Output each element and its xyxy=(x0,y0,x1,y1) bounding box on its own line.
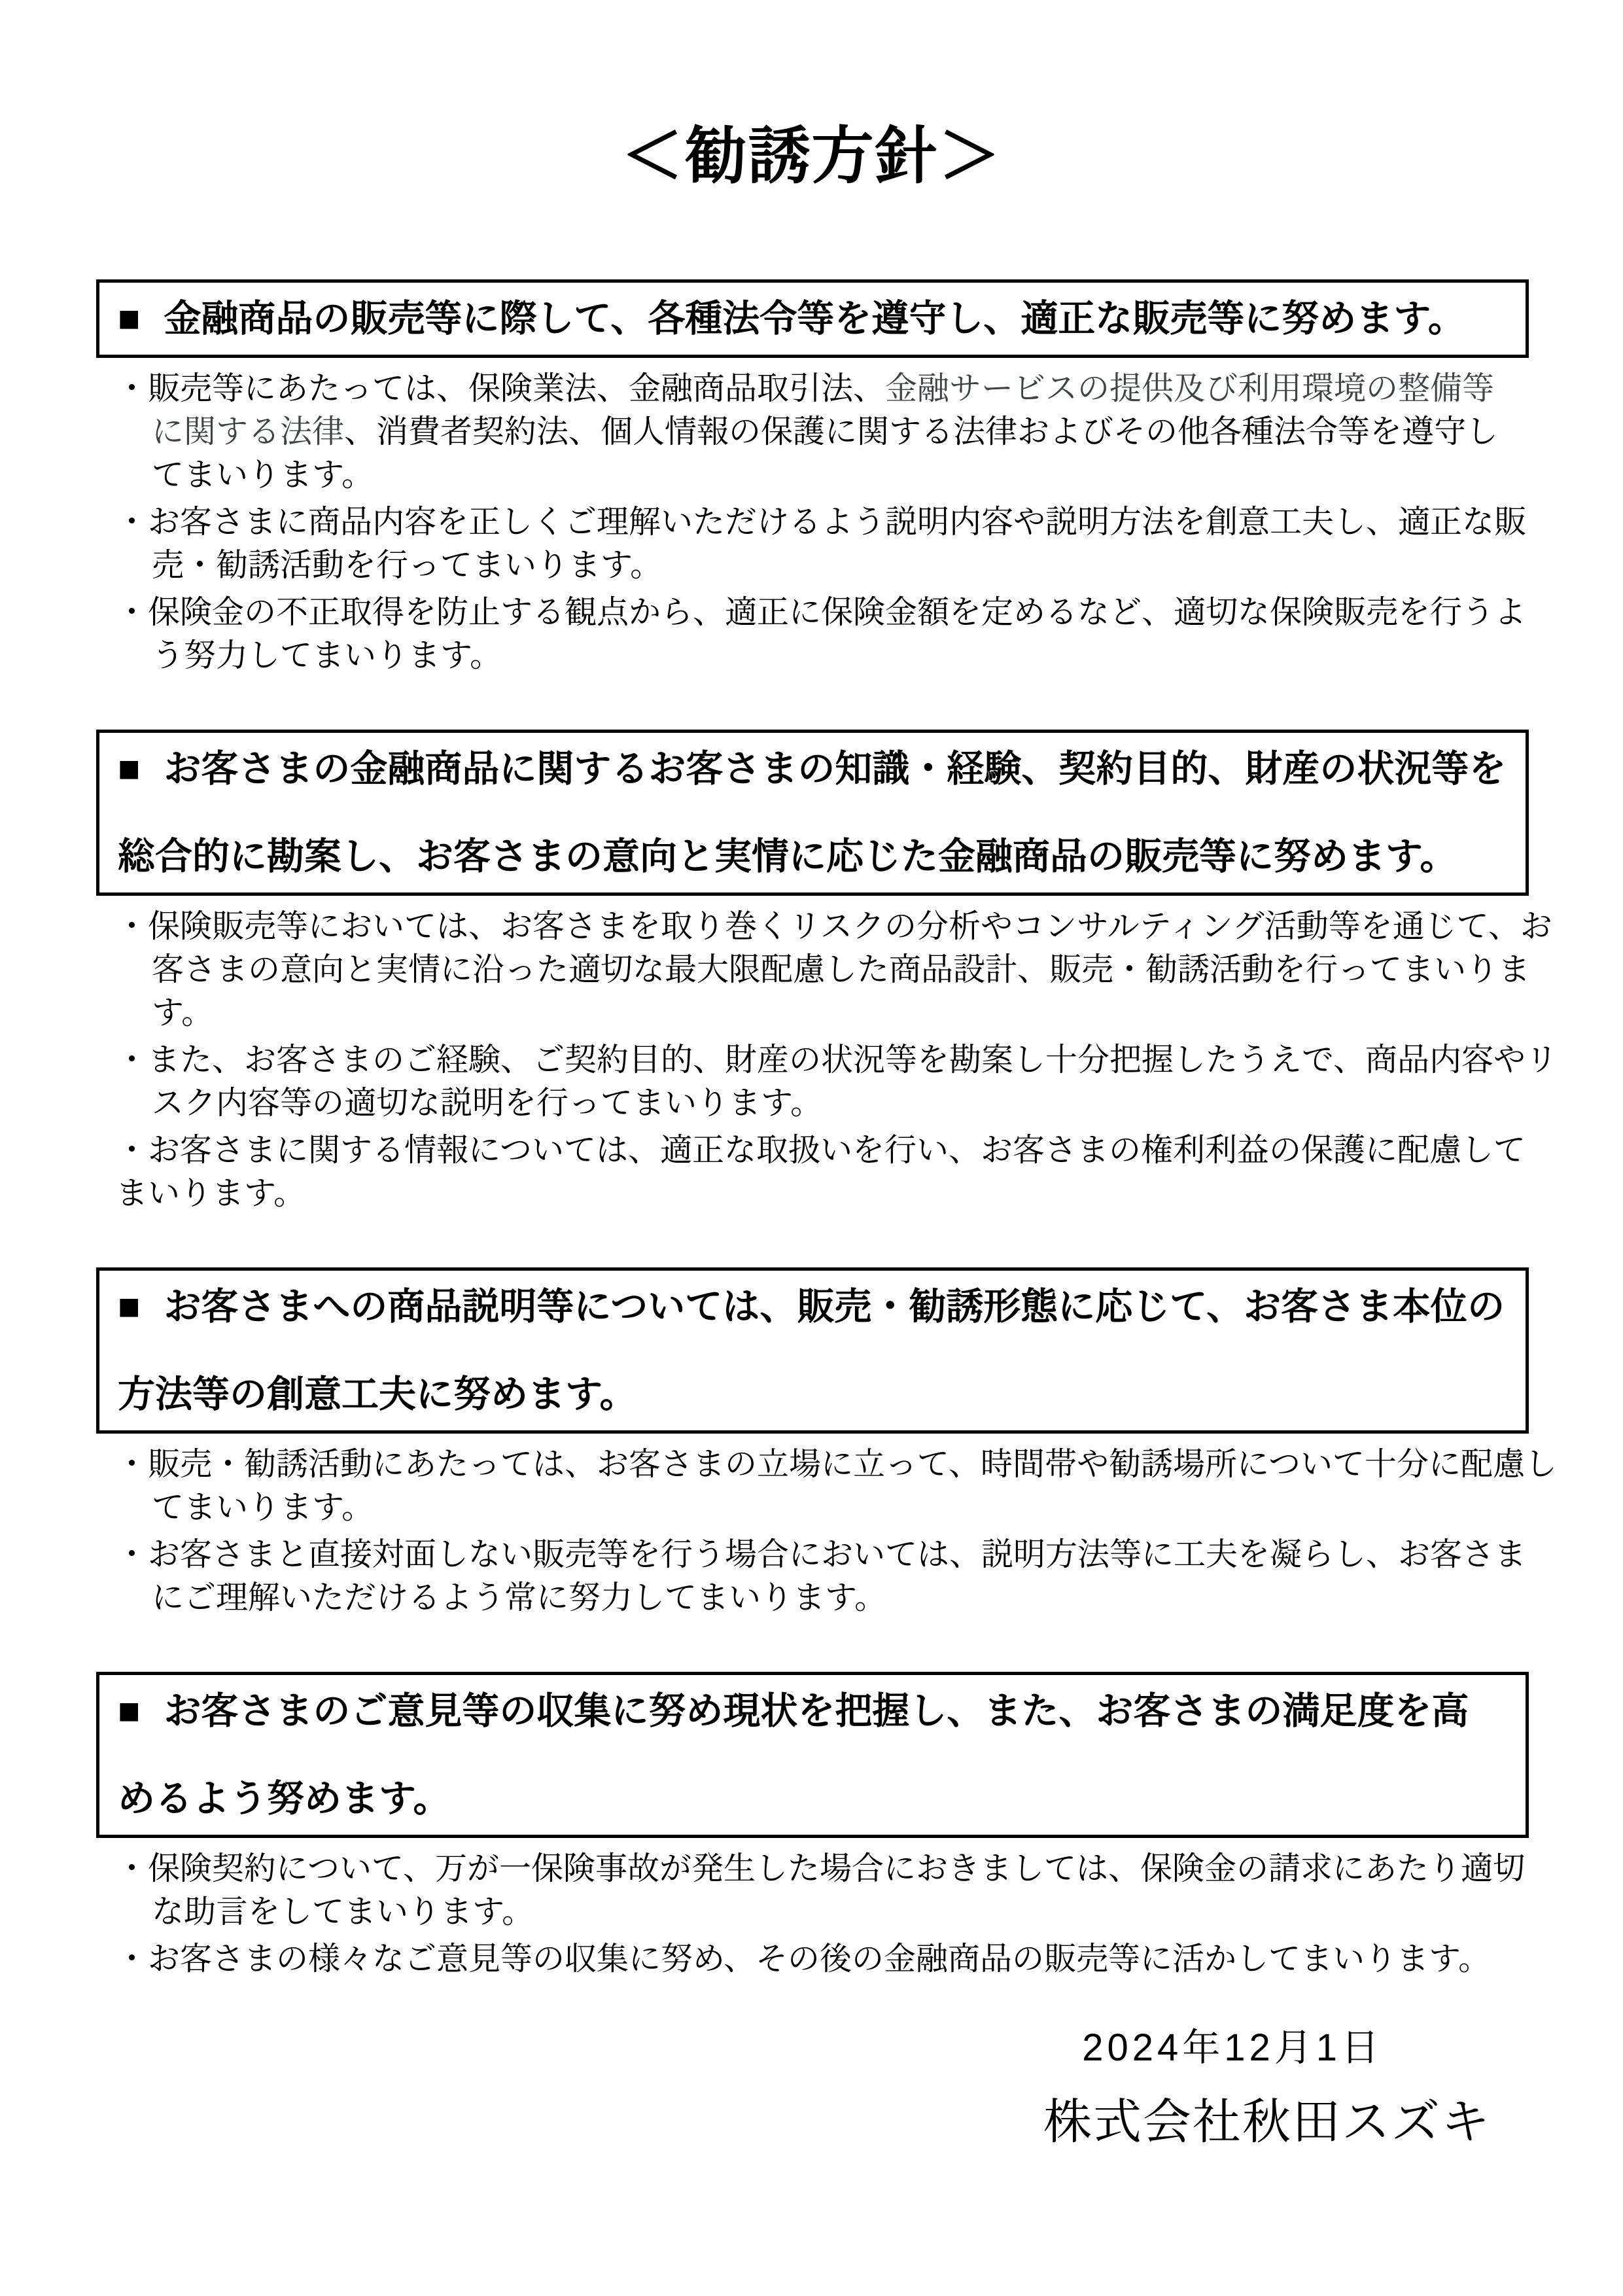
policy-bullet: ・保険契約について、万が一保険事故が発生した場合におきましては、保険金の請求にあ… xyxy=(116,1847,1529,1934)
heading-line: ■金融商品の販売等に際して、各種法令等を遵守し、適正な販売等に努めます。 xyxy=(118,298,1507,339)
document-title: ＜勧誘方針＞ xyxy=(0,0,1623,196)
policy-bullet: ・保険金の不正取得を防止する観点から、適正に保険金額を定めるなど、適切な保険販売… xyxy=(116,591,1529,677)
policy-bullet: ・お客さまに商品内容を正しくご理解いただけるよう説明内容や説明方法を創意工夫し、… xyxy=(116,501,1529,587)
bullet-text: ・販売等にあたっては、保険業法、金融商品取引法、 xyxy=(116,371,885,406)
bullet-line: な助言をしてまいります。 xyxy=(116,1890,1529,1934)
section-marker-icon: ■ xyxy=(118,1286,140,1327)
effective-date: 2024年12月1日 xyxy=(96,2017,1383,2072)
bullet-line: う努力してまいります。 xyxy=(116,634,1529,677)
bullet-line: ・保険金の不正取得を防止する観点から、適正に保険金額を定めるなど、適切な保険販売… xyxy=(116,591,1529,634)
heading-line: ■お客さまへの商品説明等については、販売・勧誘形態に応じて、お客さま本位の xyxy=(118,1286,1507,1327)
document-content: ■金融商品の販売等に際して、各種法令等を遵守し、適正な販売等に努めます。 ・販売… xyxy=(96,279,1529,2153)
bullet-line: ・お客さまと直接対面しない販売等を行う場合においては、説明方法等に工夫を凝らし、… xyxy=(116,1533,1529,1576)
section-heading-box: ■金融商品の販売等に際して、各種法令等を遵守し、適正な販売等に努めます。 xyxy=(96,279,1529,358)
section-marker-icon: ■ xyxy=(118,298,140,339)
policy-bullet: ・お客さまの様々なご意見等の収集に努め、その後の金融商品の販売等に活かしてまいり… xyxy=(116,1937,1529,1981)
section-heading-text: お客さまのご意見等の収集に努め現状を把握し、また、お客さまの満足度を高 xyxy=(164,1690,1469,1732)
law-name-highlight: に関する法律 xyxy=(152,414,344,450)
bullet-line: にご理解いただけるよう常に努力してまいります。 xyxy=(116,1576,1529,1619)
bullet-line: ・お客さまの様々なご意見等の収集に努め、その後の金融商品の販売等に活かしてまいり… xyxy=(116,1937,1529,1981)
bullet-list: ・保険契約について、万が一保険事故が発生した場合におきましては、保険金の請求にあ… xyxy=(116,1847,1529,1981)
bullet-line: ・また、お客さまのご経験、ご契約目的、財産の状況等を勘案し十分把握したうえで、商… xyxy=(116,1038,1529,1082)
section-heading-box: ■お客さまへの商品説明等については、販売・勧誘形態に応じて、お客さま本位の 方法… xyxy=(96,1267,1529,1434)
section-heading-box: ■お客さまのご意見等の収集に努め現状を把握し、また、お客さまの満足度を高 めるよ… xyxy=(96,1672,1529,1838)
policy-bullet: ・お客さまと直接対面しない販売等を行う場合においては、説明方法等に工夫を凝らし、… xyxy=(116,1533,1529,1619)
bullet-line: 客さまの意向と実情に沿った適切な最大限配慮した商品設計、販売・勧誘活動を行ってま… xyxy=(116,948,1529,991)
bullet-list: ・販売等にあたっては、保険業法、金融商品取引法、金融サービスの提供及び利用環境の… xyxy=(116,367,1529,677)
heading-line: 方法等の創意工夫に努めます。 xyxy=(118,1374,1507,1415)
bullet-line: ・お客さまに商品内容を正しくご理解いただけるよう説明内容や説明方法を創意工夫し、… xyxy=(116,501,1529,544)
section-heading-text: 金融商品の販売等に際して、各種法令等を遵守し、適正な販売等に努めます。 xyxy=(164,298,1465,340)
bullet-list: ・保険販売等においては、お客さまを取り巻くリスクの分析やコンサルティング活動等を… xyxy=(116,905,1529,1215)
bullet-line: に関する法律、消費者契約法、個人情報の保護に関する法律およびその他各種法令等を遵… xyxy=(116,410,1529,453)
heading-line: ■お客さまの金融商品に関するお客さまの知識・経験、契約目的、財産の状況等を xyxy=(118,749,1507,789)
document-page: ＜勧誘方針＞ ■金融商品の販売等に際して、各種法令等を遵守し、適正な販売等に努め… xyxy=(0,0,1623,2296)
heading-line: ■お客さまのご意見等の収集に努め現状を把握し、また、お客さまの満足度を高 xyxy=(118,1691,1507,1731)
law-name-highlight: 金融サービスの提供及び利用環境の整備等 xyxy=(885,371,1494,406)
section-heading-text: お客さまの金融商品に関するお客さまの知識・経験、契約目的、財産の状況等を xyxy=(164,748,1506,790)
policy-bullet: ・また、お客さまのご経験、ご契約目的、財産の状況等を勘案し十分把握したうえで、商… xyxy=(116,1038,1529,1125)
heading-line: めるよう努めます。 xyxy=(118,1778,1507,1819)
section-heading-box: ■お客さまの金融商品に関するお客さまの知識・経験、契約目的、財産の状況等を 総合… xyxy=(96,730,1529,896)
section-marker-icon: ■ xyxy=(118,1691,140,1731)
bullet-line: ・販売・勧誘活動にあたっては、お客さまの立場に立って、時間帯や勧誘場所について十… xyxy=(116,1443,1529,1486)
bullet-line: す。 xyxy=(116,991,1529,1034)
bullet-line: ・保険契約について、万が一保険事故が発生した場合におきましては、保険金の請求にあ… xyxy=(116,1847,1529,1890)
bullet-text: 、消費者契約法、個人情報の保護に関する法律およびその他各種法令等を遵守し xyxy=(344,414,1498,450)
section-marker-icon: ■ xyxy=(118,749,140,789)
bullet-line: てまいります。 xyxy=(116,1486,1529,1529)
bullet-list: ・販売・勧誘活動にあたっては、お客さまの立場に立って、時間帯や勧誘場所について十… xyxy=(116,1443,1529,1619)
policy-bullet: ・販売・勧誘活動にあたっては、お客さまの立場に立って、時間帯や勧誘場所について十… xyxy=(116,1443,1529,1529)
company-name: 株式会社秋田スズキ xyxy=(96,2083,1491,2153)
footer: 2024年12月1日 株式会社秋田スズキ xyxy=(96,2017,1529,2153)
bullet-line: てまいります。 xyxy=(116,453,1529,497)
bullet-line: 売・勧誘活動を行ってまいります。 xyxy=(116,544,1529,587)
bullet-line: ・保険販売等においては、お客さまを取り巻くリスクの分析やコンサルティング活動等を… xyxy=(116,905,1529,948)
section-heading-text: お客さまへの商品説明等については、販売・勧誘形態に応じて、お客さま本位の xyxy=(164,1286,1505,1328)
policy-bullet: ・販売等にあたっては、保険業法、金融商品取引法、金融サービスの提供及び利用環境の… xyxy=(116,367,1529,497)
bullet-line: ・販売等にあたっては、保険業法、金融商品取引法、金融サービスの提供及び利用環境の… xyxy=(116,367,1529,410)
policy-bullet: ・保険販売等においては、お客さまを取り巻くリスクの分析やコンサルティング活動等を… xyxy=(116,905,1529,1034)
bullet-line: スク内容等の適切な説明を行ってまいります。 xyxy=(116,1082,1529,1125)
bullet-line: まいります。 xyxy=(116,1172,1529,1215)
bullet-line: ・お客さまに関する情報については、適正な取扱いを行い、お客さまの権利利益の保護に… xyxy=(116,1129,1529,1172)
heading-line: 総合的に勘案し、お客さまの意向と実情に応じた金融商品の販売等に努めます。 xyxy=(118,836,1507,877)
policy-bullet: ・お客さまに関する情報については、適正な取扱いを行い、お客さまの権利利益の保護に… xyxy=(116,1129,1529,1215)
